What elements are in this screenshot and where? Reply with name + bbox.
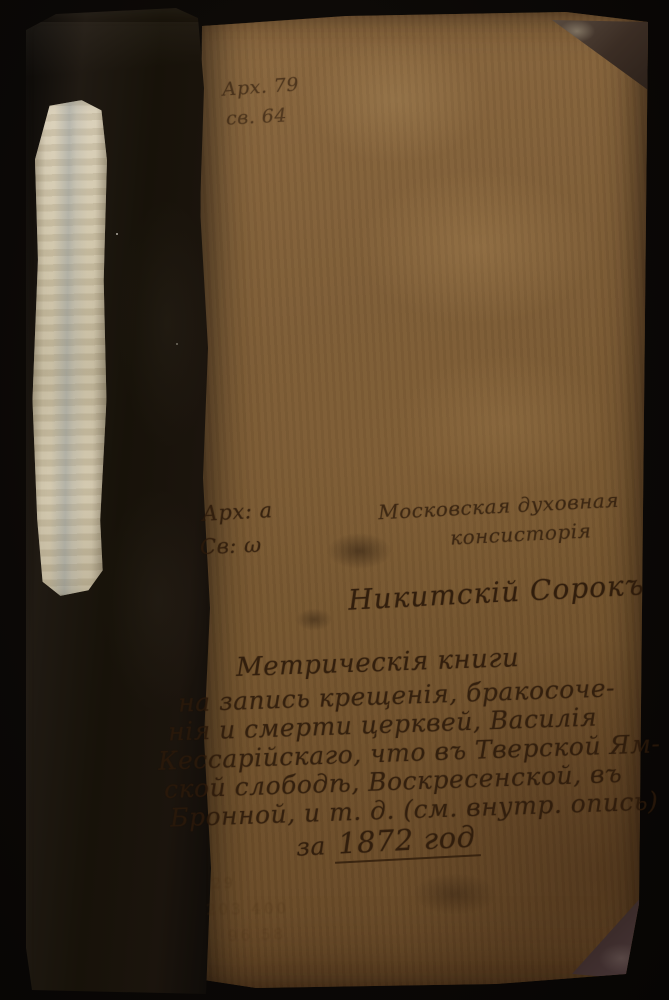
spine-paper-label bbox=[30, 100, 109, 597]
spine-top-bevel bbox=[26, 22, 214, 76]
corner-patch-top-right bbox=[552, 14, 648, 92]
book-cover-photo: Арх. 79 св. 64 Арх: а Св: ω Московская д… bbox=[0, 0, 669, 1000]
faint-stamp-line1: 29 bbox=[212, 876, 236, 893]
corner-patch-bottom-right bbox=[568, 894, 644, 986]
year-value: 1872 год bbox=[333, 819, 480, 864]
margin-note-line1: Арх: а bbox=[201, 498, 273, 526]
year-prefix: за bbox=[295, 831, 326, 862]
book-spine bbox=[26, 8, 214, 994]
dust-specks bbox=[116, 233, 118, 235]
faint-stamp-line3: 96 58 bbox=[228, 925, 287, 945]
margin-note-line2: Св: ω bbox=[200, 533, 262, 559]
faint-stamp-line2: 203 400 bbox=[206, 899, 289, 918]
archive-number-line2: св. 64 bbox=[225, 104, 287, 129]
